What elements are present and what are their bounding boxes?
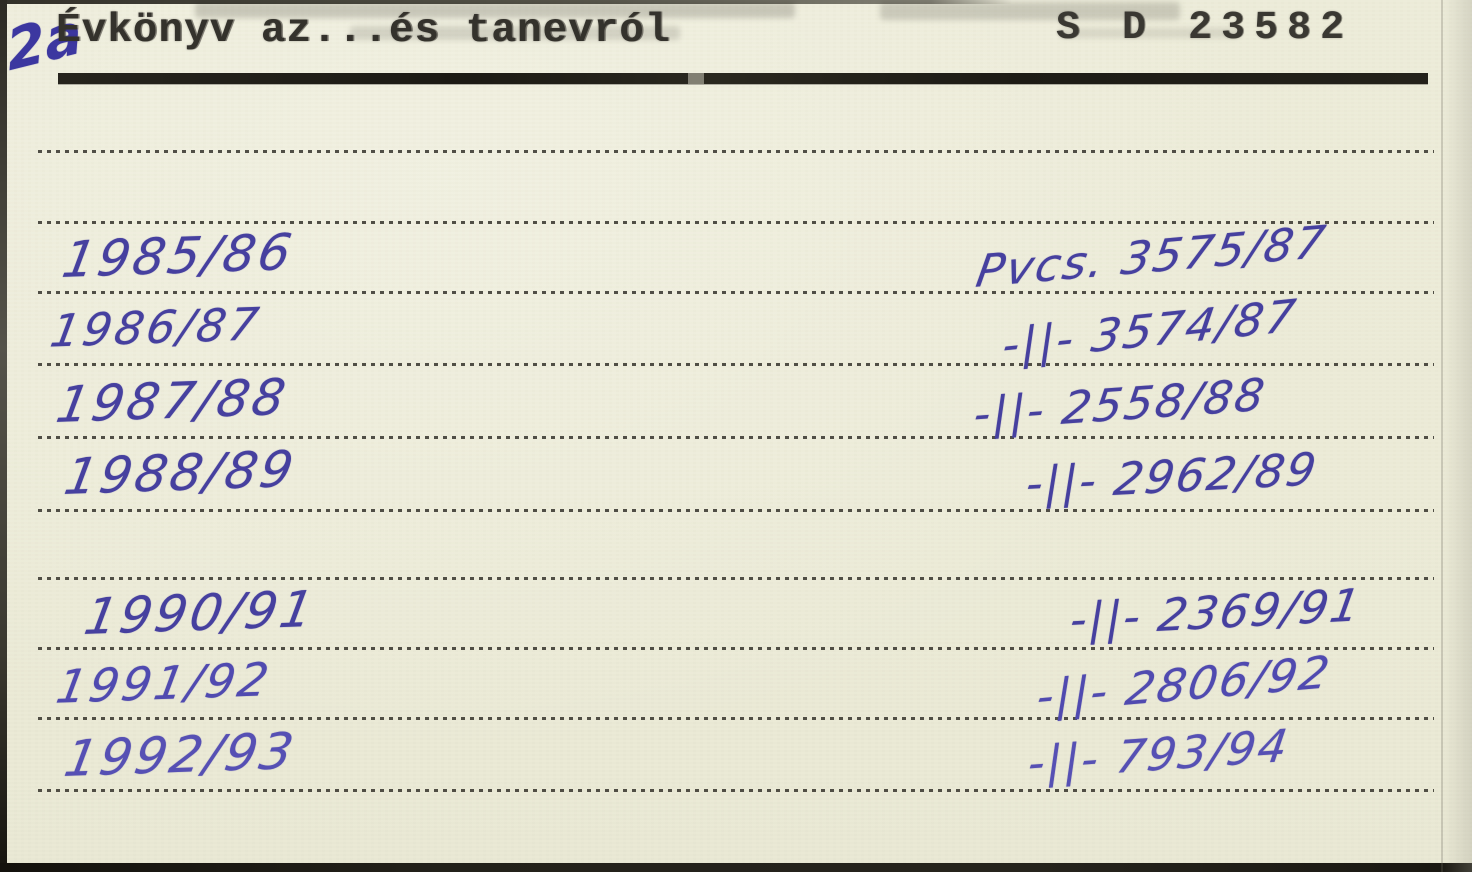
call-number: S D 23582	[1056, 6, 1353, 51]
entry-accession: -||- 2962/89	[1022, 442, 1321, 510]
scan-seam-right	[1441, 0, 1443, 872]
scan-edge-right	[1442, 0, 1472, 872]
dotted-line	[38, 789, 1434, 792]
dotted-line	[38, 363, 1434, 366]
dotted-line	[38, 647, 1434, 650]
dotted-line	[38, 577, 1434, 580]
entry-accession: Pvcs. 3575/87	[973, 215, 1331, 298]
dotted-line	[38, 717, 1434, 720]
entry-year: 1987/88	[52, 368, 293, 434]
header-rule-gap	[688, 73, 704, 84]
entry-year: 1986/87	[47, 297, 266, 357]
dotted-line	[38, 509, 1434, 512]
scan-edge-bottom	[0, 863, 1472, 872]
entry-year: 1988/89	[60, 440, 301, 506]
entry-accession: -||- 793/94	[1025, 719, 1293, 790]
entry-year: 1985/86	[58, 223, 299, 289]
dotted-line	[38, 436, 1434, 439]
card-title: Évkönyv az...és tanevról	[56, 8, 671, 54]
entry-accession: -||- 2558/88	[970, 368, 1269, 441]
header-rule	[58, 73, 1428, 84]
catalog-card: 2a Évkönyv az...és tanevról S D 23582 19…	[0, 0, 1472, 872]
entry-year: 1992/93	[60, 722, 301, 788]
entry-accession: -||- 2806/92	[1033, 646, 1335, 724]
entry-year: 1990/91	[80, 580, 321, 646]
scan-edge-top	[0, 0, 1012, 4]
entry-accession: -||- 2369/91	[1066, 578, 1365, 646]
entry-accession: -||- 3574/87	[999, 289, 1301, 372]
dotted-line	[38, 291, 1434, 294]
dotted-line	[38, 150, 1434, 153]
entry-year: 1991/92	[52, 652, 275, 713]
scan-edge-left	[0, 0, 7, 872]
